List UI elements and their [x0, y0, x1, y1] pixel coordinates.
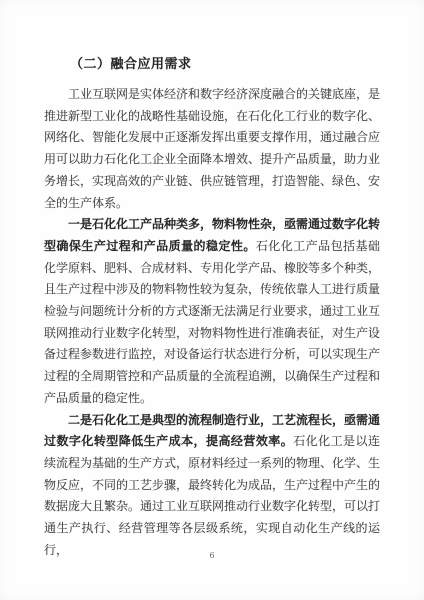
- paragraph: 二是石化化工是典型的流程制造行业，工艺流程长，亟需通过数字化转型降低生产成本，提…: [44, 410, 380, 562]
- section-heading: （二）融合应用需求: [44, 56, 380, 74]
- paragraph-text: 石化化工是以连续流程为基础的生产方式，原材料经过一系列的物理、化学、生物反应，不…: [44, 434, 380, 557]
- document-page: （二）融合应用需求 工业互联网是实体经济和数字经济深度融合的关键底座，是推进新型…: [0, 0, 424, 600]
- paragraph-text: 石化化工产品包括基础化学原料、肥料、合成材料、专用化学产品、橡胶等多个种类，且生…: [44, 239, 380, 405]
- paragraph: 一是石化化工产品种类多，物料物性杂，亟需通过数字化转型确保生产过程和产品质量的稳…: [44, 214, 380, 409]
- paragraph-text: 工业互联网是实体经济和数字经济深度融合的关键底座，是推进新型工业化的战略性基础设…: [44, 87, 380, 210]
- page-number: 6: [0, 551, 424, 560]
- paragraph: 工业互联网是实体经济和数字经济深度融合的关键底座，是推进新型工业化的战略性基础设…: [44, 84, 380, 214]
- page-content: （二）融合应用需求 工业互联网是实体经济和数字经济深度融合的关键底座，是推进新型…: [44, 56, 380, 561]
